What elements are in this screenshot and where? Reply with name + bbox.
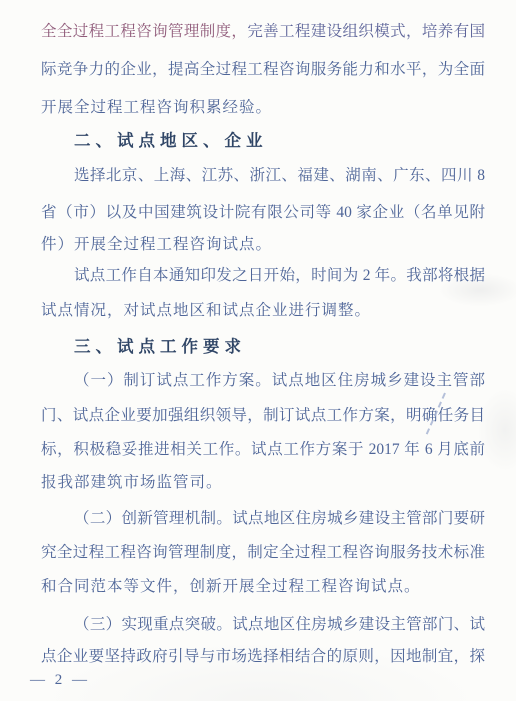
body-text-line: 门、试点企业要加强组织领导，制订试点工作方案，明确任务目 [41, 406, 485, 426]
body-text-line: 和合同范本等文件，创新开展全过程工程咨询试点。 [41, 577, 421, 597]
body-text-line: （三）实现重点突破。试点地区住房城乡建设主管部门、试 [74, 615, 485, 635]
body-text-line: 标，积极稳妥推进相关工作。试点工作方案于 2017 年 6 月底前 [41, 440, 485, 460]
body-text-line: 试点情况，对试点地区和试点企业进行调整。 [41, 301, 371, 321]
body-text-line: 究全过程工程咨询管理制度，制定全过程工程咨询服务技术标准 [41, 543, 485, 563]
body-text-line: 全全过程工程咨询管理制度，完善工程建设组织模式，培养有国 [41, 22, 485, 42]
body-text-line: 件）开展全过程工程咨询试点。 [41, 235, 272, 255]
body-text-segment-blue: 完善工程建设组织模式，培养有国 [247, 23, 485, 40]
body-text-line: 省（市）以及中国建筑设计院有限公司等 40 家企业（名单见附 [41, 203, 485, 223]
body-text-line: 开展全过程工程咨询积累经验。 [41, 98, 272, 118]
body-text-segment-purple: 全全过程工程咨询管理制度， [41, 23, 247, 40]
body-text-line: 报我部建筑市场监管司。 [41, 473, 223, 493]
scanned-document-page: 全全过程工程咨询管理制度，完善工程建设组织模式，培养有国 际竞争力的企业，提高全… [0, 0, 516, 701]
body-text-line: 际竞争力的企业，提高全过程工程咨询服务能力和水平，为全面 [41, 60, 485, 80]
section-heading-3: 三、试点工作要求 [74, 337, 246, 357]
body-text-line: 选择北京、上海、江苏、浙江、福建、湖南、广东、四川 8 [74, 166, 485, 186]
body-text-line: 试点工作自本通知印发之日开始，时间为 2 年。我部将根据 [74, 266, 485, 286]
section-heading-2: 二、试点地区、企业 [74, 131, 268, 151]
body-text-line: （二）创新管理机制。试点地区住房城乡建设主管部门要研 [74, 509, 485, 529]
body-text-line: 点企业要坚持政府引导与市场选择相结合的原则，因地制宜，探 [41, 647, 485, 667]
page-number: — 2 — [30, 672, 90, 689]
body-text-line: （一）制订试点工作方案。试点地区住房城乡建设主管部 [74, 371, 485, 391]
